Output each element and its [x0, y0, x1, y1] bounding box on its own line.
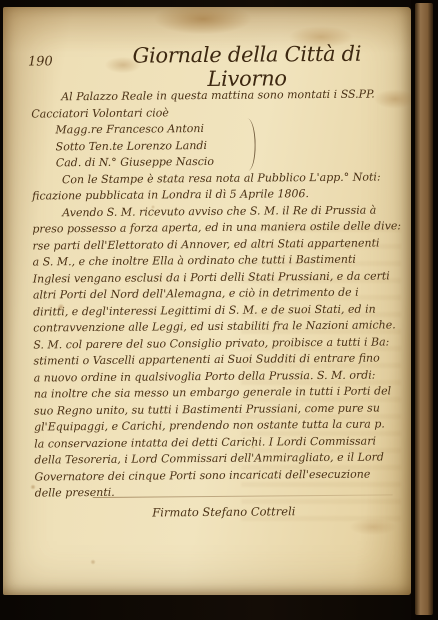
signature-line: Firmato Stefano Cottreli — [35, 499, 413, 522]
page-number: 190 — [28, 54, 53, 69]
body-text: Al Palazzo Reale in questa mattina sono … — [31, 86, 413, 522]
manuscript-photo: 190 Giornale della Città di Livorno Al P… — [0, 0, 438, 620]
manuscript-line: Con le Stampe è stata resa nota al Pubbl… — [32, 169, 410, 189]
page-content: 190 Giornale della Città di Livorno Al P… — [0, 5, 413, 597]
manuscript-line: Governatore dei cinque Porti sono incari… — [34, 466, 412, 486]
book-fore-edge — [411, 0, 438, 620]
manuscript-line: Al Palazzo Reale in questa mattina sono … — [31, 86, 409, 106]
manuscript-page: 190 Giornale della Città di Livorno Al P… — [3, 7, 411, 595]
stacked-page-edges — [415, 3, 433, 615]
page-title: Giornale della Città di Livorno — [97, 41, 397, 92]
